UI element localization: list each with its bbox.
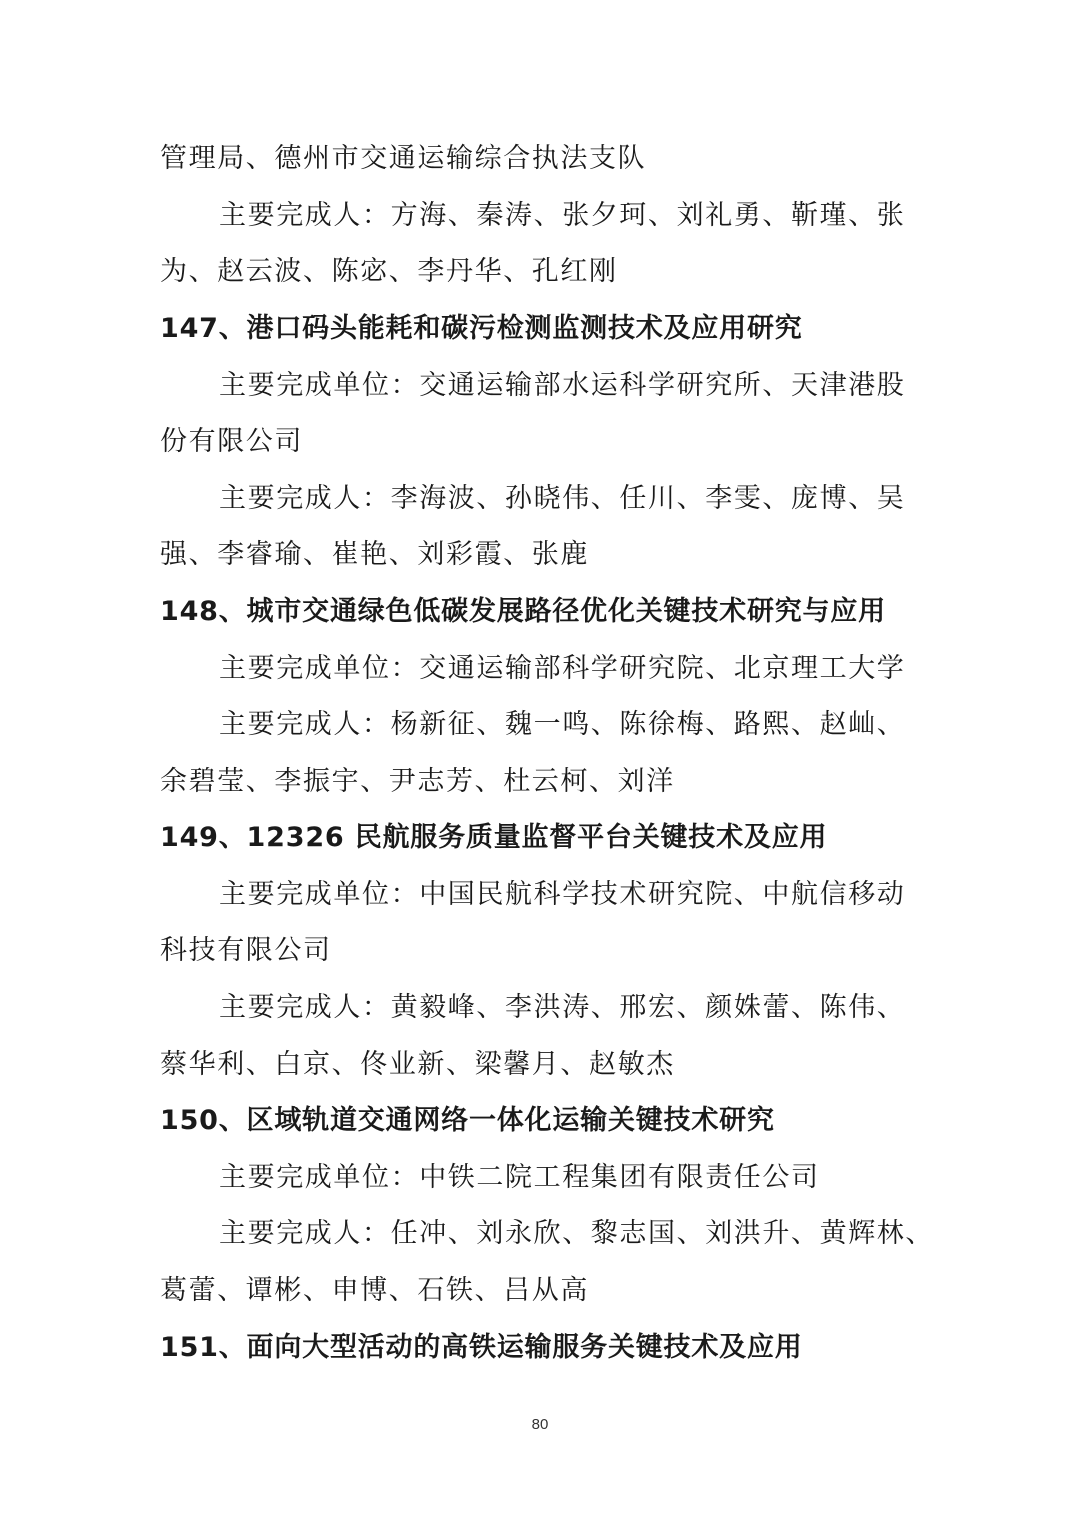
page-number: 80	[0, 1416, 1080, 1433]
item-147-completers: 主要完成人：李海波、孙晓伟、任川、李雯、庞博、吴	[219, 479, 999, 519]
item-148-completers: 主要完成人：杨新征、魏一鸣、陈徐梅、路熙、赵屾、	[219, 705, 999, 745]
item-147-title: 147、港口码头能耗和碳污检测监测技术及应用研究	[160, 309, 940, 349]
continuation-units-line: 管理局、德州市交通运输综合执法支队	[160, 139, 940, 179]
item-150-completers: 主要完成人：任冲、刘永欣、黎志国、刘洪升、黄辉林、	[219, 1214, 999, 1254]
completers-line: 主要完成人：方海、秦涛、张夕珂、刘礼勇、靳瑾、张	[219, 196, 999, 236]
item-149-completers: 主要完成人：黄毅峰、李洪涛、邢宏、颜姝蕾、陈伟、	[219, 988, 999, 1028]
item-148-title: 148、城市交通绿色低碳发展路径优化关键技术研究与应用	[160, 592, 940, 632]
item-147-units-continuation: 份有限公司	[160, 422, 940, 462]
completers-continuation-line: 为、赵云波、陈宓、李丹华、孔红刚	[160, 252, 940, 292]
item-147-completers-continuation: 强、李睿瑜、崔艳、刘彩霞、张鹿	[160, 535, 940, 575]
item-150-units: 主要完成单位：中铁二院工程集团有限责任公司	[219, 1158, 999, 1198]
item-149-completers-continuation: 蔡华利、白京、佟业新、梁馨月、赵敏杰	[160, 1045, 940, 1085]
item-148-units: 主要完成单位：交通运输部科学研究院、北京理工大学	[219, 649, 999, 689]
item-150-completers-continuation: 葛蕾、谭彬、申博、石铁、吕从高	[160, 1271, 940, 1311]
item-149-units: 主要完成单位：中国民航科学技术研究院、中航信移动	[219, 875, 999, 915]
document-page: 管理局、德州市交通运输综合执法支队 主要完成人：方海、秦涛、张夕珂、刘礼勇、靳瑾…	[0, 0, 1080, 1527]
item-147-units: 主要完成单位：交通运输部水运科学研究所、天津港股	[219, 366, 999, 406]
item-149-units-continuation: 科技有限公司	[160, 931, 940, 971]
item-151-title: 151、面向大型活动的高铁运输服务关键技术及应用	[160, 1328, 940, 1368]
item-150-title: 150、区域轨道交通网络一体化运输关键技术研究	[160, 1101, 940, 1141]
item-149-title: 149、12326 民航服务质量监督平台关键技术及应用	[160, 818, 940, 858]
item-148-completers-continuation: 余碧莹、李振宇、尹志芳、杜云柯、刘洋	[160, 762, 940, 802]
